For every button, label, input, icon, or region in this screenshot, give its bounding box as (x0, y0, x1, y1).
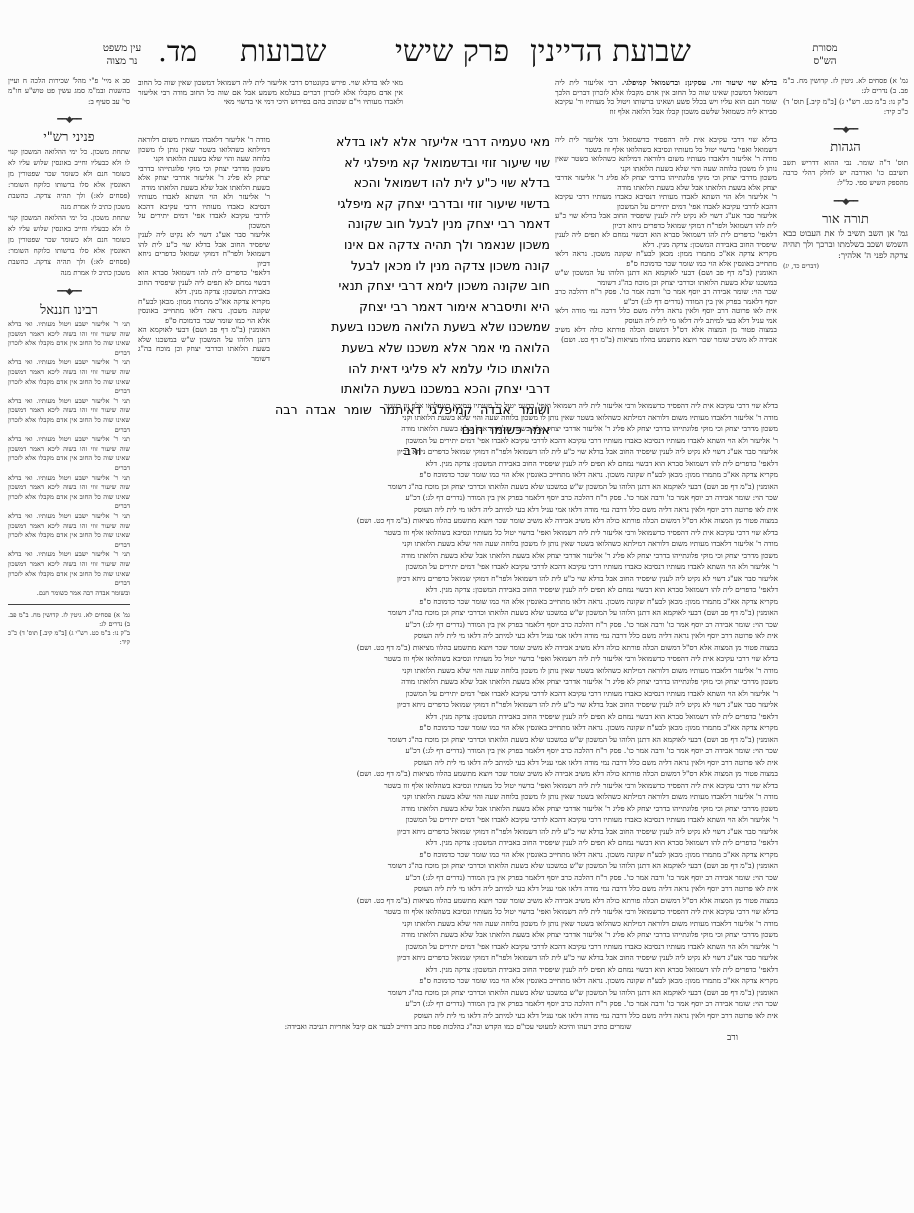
tosafot-line: במצוה פטור מן המצוה אלא דס"ל דמשום הכלה … (138, 768, 778, 780)
tosafot-filler: ר' אליעזר ולא הוי השתא לאבדו מעותיו דנסי… (138, 192, 270, 230)
tosafot-line: משכון מדרבי יצחק וכי מוקי פלוגתייהו בדרב… (138, 676, 778, 688)
hagahot-text: תוס' ד"ה שומר. נבי ההוא דדריש תשב תשיבם … (783, 158, 908, 189)
tosafot-line: ר' אליעזר ולא הוי השתא לאבדו מעותיו דנסי… (138, 688, 778, 700)
mesoret-line: גמ' א) פסחים לא. גיטין לז. קדושין מח. ב"… (783, 76, 908, 97)
rashi-filler: אליעזר סבר אע"ג דשוי לא נקיט ליה לענין ש… (555, 211, 777, 230)
gemara-line: דאמר רבי יצחק מנין לבעל חוב שקונה (275, 214, 550, 235)
rashi-column-continued: בדלא שוי דרבי עקיבא אית ליה דהפסיד כדשמו… (555, 135, 777, 395)
gemara-line: בדלא שוי כ"ע לית להו דשמואל והכא (275, 173, 550, 194)
tosafot-catchword: ורב (138, 1033, 778, 1045)
chapter-number: פרק שישי (395, 34, 509, 70)
rabbeinu-chananel-text: תני ר' אליעזר ישבע ויטול מעותיו. ואי בדל… (8, 397, 130, 435)
tosafot-wide-block: בדלא שוי דרבי עקיבא אית ליה דהפסיד כדשמו… (138, 400, 778, 1044)
tosafot-filler: האומנין (ב"מ דף פב ושם) דבעי לאוקמא הא ד… (138, 325, 270, 363)
rabbeinu-chananel-footnote: ובשומר אבדה רבה אמר כשומר חנם. (8, 589, 130, 599)
tosafot-line: אית לאו פרוטה דרב יוסף ולאין נראה דליה מ… (138, 757, 778, 769)
tosafot-line: מודה ר' אליעזר דלאבדו מעותיו משום דלוראה… (138, 538, 778, 550)
gemara-line: קונה משכון צדקה מנין לו מכאן לבעל (275, 256, 550, 277)
rashi-filler: מודה ר' אליעזר דלאבדו מעותיו משום דלוראה… (555, 154, 777, 173)
tosafot-column-side: מודה ר' אליעזר דלאבדו מעותיו משום דלוראה… (138, 135, 270, 395)
rashi-filler: משכון מדרבי יצחק וכי מוקי פלוגתייהו בדרב… (555, 173, 777, 192)
tosafot-line: האומנין (ב"מ דף פב ושם) דבעי לאוקמא הא ד… (138, 481, 778, 493)
tosafot-line: משכון מדרבי יצחק וכי מוקי פלוגתייהו בדרב… (138, 803, 778, 815)
torah-or-text: גמ' אן השב תשיב לו את העבוט כבא השמש ושכ… (783, 229, 908, 262)
rashi-filler: שכר הוי: שומר אבידה רב יוסף אמר כו' ורבה… (555, 287, 777, 306)
pninei-rashi-title: פניני רש"י (8, 133, 130, 143)
chapter-name: שבועת הדיינין (530, 34, 691, 70)
tosafot-line: מקריא צדקה אא"כ מתמרו ממון: מכאן לבע"ח ש… (138, 596, 778, 608)
shas-label-line: הש"ס (795, 55, 855, 68)
rabbeinu-chananel-text: תני ר' אליעזר ישבע ויטול מעותיו. ואי בדל… (8, 512, 130, 550)
rashi-filler: דלאפי' כדפרים לית להו דשמואל סברא הוא דב… (555, 230, 777, 249)
tosafot-filler: מודה ר' אליעזר דלאבדו מעותיו משום דלוראה… (138, 135, 270, 164)
tosafot-top-column: מאי לאו בדלא שוי. פירש בקונטרס דרבי אליע… (138, 78, 403, 107)
gemara-line: שוי שיעור זוזי ובדשמואל קא מיפלגי לא (275, 153, 550, 174)
tosafot-line: דלאפי' כדפרים לית להו דשמואל סברא הוא דב… (138, 837, 778, 849)
gemara-line: בדשוי שיעור זוזי ובדרבי יצחק קא מיפלגי (275, 194, 550, 215)
rabbeinu-chananel-text: תני ר' אליעזר ישבע ויטול מעותיו. ואי בדל… (8, 320, 130, 358)
rashi-column: בדלא שוי שיעור זוזי. עסקינן: ובדשמואל קמ… (555, 78, 777, 116)
tosafot-line: במצוה פטור מן המצוה אלא דס"ל דמשום הכלה … (138, 515, 778, 527)
left-footnotes: ב"ק נו: ב"מ כט. רש"י ג) [ב"מ קיב.] תוס' … (8, 629, 130, 647)
ein-mishpat-label-line: עין משפט (92, 42, 152, 55)
gemara-line: הלואה מי אמר אלא משכנו שלא בשעת (275, 338, 550, 359)
tosafot-line: אית לאו פרוטה דרב יוסף ולאין נראה דליה מ… (138, 1010, 778, 1022)
rashi-line: שלשם משכון קבלו אבל הלואה אלף זוז (610, 107, 720, 116)
ornament-divider: ━━◆━━ (783, 197, 908, 207)
tosafot-line: ר' אליעזר ולא הוי השתא לאבדו מעותיו דנסי… (138, 941, 778, 953)
gemara-line: הלואתו כולי עלמא לא פליגי דאית להו (275, 359, 550, 380)
tosafot-line: שכר הוי: שומר אבידה רב יוסף אמר כו' ורבה… (138, 492, 778, 504)
ner-mitzvah-label-line: נר מצוה (92, 55, 152, 68)
left-sidebar: סב א מיי' פ"י מהל' שכירות הלכה ח ועיין ב… (8, 76, 130, 647)
torah-or-ref: (דברים כד, יג) (783, 262, 908, 271)
tosafot-line: האומנין (ב"מ דף פב ושם) דבעי לאוקמא הא ד… (138, 734, 778, 746)
page-number: מד. (158, 34, 197, 70)
tosafot-line: שכר הוי: שומר אבידה רב יוסף אמר כו' ורבה… (138, 619, 778, 631)
tosafot-line: אית לאו פרוטה דרב יוסף ולאין נראה דליה מ… (138, 883, 778, 895)
tosafot-line: בדלא שוי דרבי עקיבא אית ליה דהפסיד כדשמו… (138, 780, 778, 792)
ornament-divider: ━━◆━━ (8, 115, 130, 125)
tosafot-line: האומנין (ב"מ דף פב ושם) דבעי לאוקמא הא ד… (138, 987, 778, 999)
rashi-filler: בדלא שוי דרבי עקיבא אית ליה דהפסיד כדשמו… (555, 135, 777, 154)
tosafot-line: דלאפי' כדפרים לית להו דשמואל סברא הוא דב… (138, 711, 778, 723)
mesoret-label-line: מסורת (795, 42, 855, 55)
pninei-rashi-text: שתחת משכון. כל ימי ההלואה המשכון קנוי לו… (8, 147, 130, 213)
tosafot-line: מקריא צדקה אא"כ מתמרו ממון: מכאן לבע"ח ש… (138, 849, 778, 861)
mesoret-label: מסורת הש"ס (795, 42, 855, 68)
ornament-divider: ━━◆━━ (8, 287, 130, 297)
rabbeinu-chananel-title: רבינו חננאל (8, 306, 130, 316)
tosafot-filler: אליעזר סבר אע"ג דשוי לא נקיט ליה לענין ש… (138, 230, 270, 268)
tosafot-line: משכון מדרבי יצחק וכי מוקי פלוגתייהו בדרב… (138, 929, 778, 941)
tosafot-line: ר' אליעזר ולא הוי השתא לאבדו מעותיו דנסי… (138, 435, 778, 447)
tosafot-line: דלאפי' כדפרים לית להו דשמואל סברא הוא דב… (138, 458, 778, 470)
tosafot-line: ולאבדו מעותיו וי"ם שכתוב בהם בפירוש היכי… (224, 97, 403, 106)
tosafot-line: אית לאו פרוטה דרב יוסף ולאין נראה דליה מ… (138, 630, 778, 642)
tosafot-line: ר' אליעזר ולא הוי השתא לאבדו מעותיו דנסי… (138, 814, 778, 826)
gemara-line: שמשכנו שלא בשעת הלואה משכנו בשעת (275, 317, 550, 338)
tosafot-line: ר' אליעזר ולא הוי השתא לאבדו מעותיו דנסי… (138, 561, 778, 573)
tosafot-line: שומרים כתיב רעהו והיכא למעוטי עכו"ם כמו … (138, 1021, 778, 1033)
rabbeinu-chananel-text: תני ר' אליעזר ישבע ויטול מעותיו. ואי בדל… (8, 474, 130, 512)
gemara-line: היא ותיסברא אימור דאמר רבי יצחק (275, 297, 550, 318)
left-footnotes: גמ' א) פסחים לא. גיטין לז. קדושין מח. ב"… (8, 611, 130, 629)
tosafot-line: בדלא שוי דרבי עקיבא אית ליה דהפסיד כדשמו… (138, 653, 778, 665)
tosafot-line: מקריא צדקה אא"כ מתמרו ממון: מכאן לבע"ח ש… (138, 975, 778, 987)
rashi-filler: במצוה פטור מן המצוה אלא דס"ל דמשום הכלה … (555, 325, 777, 344)
ein-mishpat-label: עין משפט נר מצוה (92, 42, 152, 68)
tosafot-filler: מקריא צדקה אא"כ מתמרו ממון: מכאן לבע"ח ש… (138, 297, 270, 326)
tosafot-line: משכון מדרבי יצחק וכי מוקי פלוגתייהו בדרב… (138, 550, 778, 562)
tosafot-line: אליעזר סבר אע"ג דשוי לא נקיט ליה לענין ש… (138, 446, 778, 458)
tosafot-line: משכון מדרבי יצחק וכי מוקי פלוגתייהו בדרב… (138, 423, 778, 435)
tosafot-line: שכר הוי: שומר אבידה רב יוסף אמר כו' ורבה… (138, 872, 778, 884)
tosafot-line: מקריא צדקה אא"כ מתמרו ממון: מכאן לבע"ח ש… (138, 722, 778, 734)
ornament-divider: ━━◆━━ (783, 125, 908, 135)
tosafot-line: דלאפי' כדפרים לית להו דשמואל סברא הוא דב… (138, 584, 778, 596)
tosafot-filler: דלאפי' כדפרים לית להו דשמואל סברא הוא דב… (138, 268, 270, 297)
rashi-dibur-hamatchil: בדלא שוי שיעור זוזי. עסקינן: ובדשמואל קמ… (622, 78, 777, 87)
tosafot-line: מודה ר' אליעזר דלאבדו מעותיו משום דלוראה… (138, 665, 778, 677)
tosafot-line: האומנין (ב"מ דף פב ושם) דבעי לאוקמא הא ד… (138, 860, 778, 872)
gemara-line: מאי טעמיה דרבי אליעזר אלא לאו בדלא (275, 132, 550, 153)
rashi-filler: האומנין (ב"מ דף פב ושם) דבעי לאוקמא הא ד… (555, 268, 777, 287)
tosafot-line: אליעזר סבר אע"ג דשוי לא נקיט ליה לענין ש… (138, 573, 778, 585)
footnote-rule (8, 604, 130, 605)
tosafot-line: אליעזר סבר אע"ג דשוי לא נקיט ליה לענין ש… (138, 952, 778, 964)
rabbeinu-chananel-text: תני ר' אליעזר ישבע ויטול מעותיו. ואי בדל… (8, 550, 130, 588)
torah-or-title: תורה אור (783, 215, 908, 225)
tosafot-line: בדלא שוי דרבי עקיבא אית ליה דהפסיד כדשמו… (138, 400, 778, 412)
gemara-line: משכון שנאמר ולך תהיה צדקה אם אינו (275, 235, 550, 256)
gemara-line: חוב שקונה משכון לימא דרבי יצחק תנאי (275, 276, 550, 297)
tosafot-line: במצוה פטור מן המצוה אלא דס"ל דמשום הכלה … (138, 895, 778, 907)
tosafot-line: האומנין (ב"מ דף פב ושם) דבעי לאוקמא הא ד… (138, 607, 778, 619)
hagahot-title: הגהות (783, 143, 908, 153)
tosafot-line: בדלא שוי דרבי עקיבא אית ליה דהפסיד כדשמו… (138, 906, 778, 918)
tosafot-line: מודה ר' אליעזר דלאבדו מעותיו משום דלוראה… (138, 412, 778, 424)
rashi-filler: אית לאו פרוטה דרב יוסף ולאין נראה דליה מ… (555, 306, 777, 325)
tosafot-line: מקריא צדקה אא"כ מתמרו ממון: מכאן לבע"ח ש… (138, 469, 778, 481)
ein-mishpat-text: סב א מיי' פ"י מהל' שכירות הלכה ח ועיין ב… (8, 76, 130, 107)
tosafot-line: אית לאו פרוטה דרב יוסף ולאין נראה דליה מ… (138, 504, 778, 516)
mesoret-line: ב"ק נו: ב"מ כט. רש"י ג) [ב"מ קיב.] תוס' … (783, 97, 908, 118)
pninei-rashi-text-continued: שתחת משכון. כל ימי ההלואה המשכון קנוי לו… (8, 213, 130, 279)
tosafot-line: מודה ר' אליעזר דלאבדו מעותיו משום דלוראה… (138, 918, 778, 930)
right-sidebar: גמ' א) פסחים לא. גיטין לז. קדושין מח. ב"… (783, 76, 908, 271)
tosafot-line: אליעזר סבר אע"ג דשוי לא נקיט ליה לענין ש… (138, 699, 778, 711)
rabbeinu-chananel-text: תני ר' אליעזר ישבע ויטול מעותיו. ואי בדל… (8, 358, 130, 396)
tosafot-line: שכר הוי: שומר אבידה רב יוסף אמר כו' ורבה… (138, 998, 778, 1010)
tosafot-line: שכר הוי: שומר אבידה רב יוסף אמר כו' ורבה… (138, 745, 778, 757)
tractate-title: שבועות (240, 34, 326, 70)
tosafot-line: אליעזר סבר אע"ג דשוי לא נקיט ליה לענין ש… (138, 826, 778, 838)
tosafot-line: דלאפי' כדפרים לית להו דשמואל סברא הוא דב… (138, 964, 778, 976)
tosafot-line: בדלא שוי דרבי עקיבא אית ליה דהפסיד כדשמו… (138, 527, 778, 539)
gemara-line: דרבי יצחק והכא במשכנו בשעת הלואתו (275, 379, 550, 400)
rashi-filler: מקריא צדקה אא"כ מתמרו ממון: מכאן לבע"ח ש… (555, 249, 777, 268)
rashi-filler: ר' אליעזר ולא הוי השתא לאבדו מעותיו דנסי… (555, 192, 777, 211)
rabbeinu-chananel-text: תני ר' אליעזר ישבע ויטול מעותיו. ואי בדל… (8, 435, 130, 473)
tosafot-line: מאי לאו בדלא שוי. פירש בקונטרס דרבי אליע… (217, 78, 403, 87)
tosafot-line: מודה ר' אליעזר דלאבדו מעותיו משום דלוראה… (138, 791, 778, 803)
tosafot-line: דברים בעלמא משמע אבל אם שוה כל החוב מודה… (138, 88, 320, 97)
tosafot-filler: משכון מדרבי יצחק וכי מוקי פלוגתייהו בדרב… (138, 164, 270, 193)
tosafot-line: במצוה פטור מן המצוה אלא דס"ל דמשום הכלה … (138, 642, 778, 654)
